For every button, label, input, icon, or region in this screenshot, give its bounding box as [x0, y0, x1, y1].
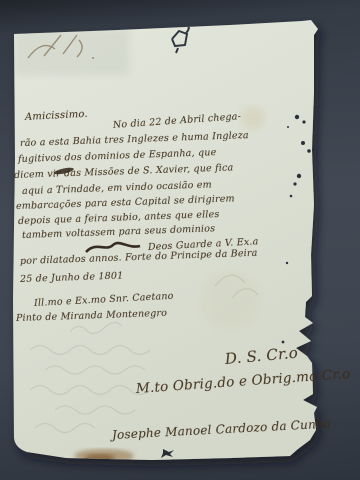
photo-background: Amicissimo. No dia 22 de Abril chega- rã…	[0, 0, 360, 480]
gray-smudge	[14, 29, 129, 75]
faint-stain	[241, 106, 265, 130]
faint-stain	[200, 270, 260, 330]
bottom-stain-core	[85, 454, 115, 462]
